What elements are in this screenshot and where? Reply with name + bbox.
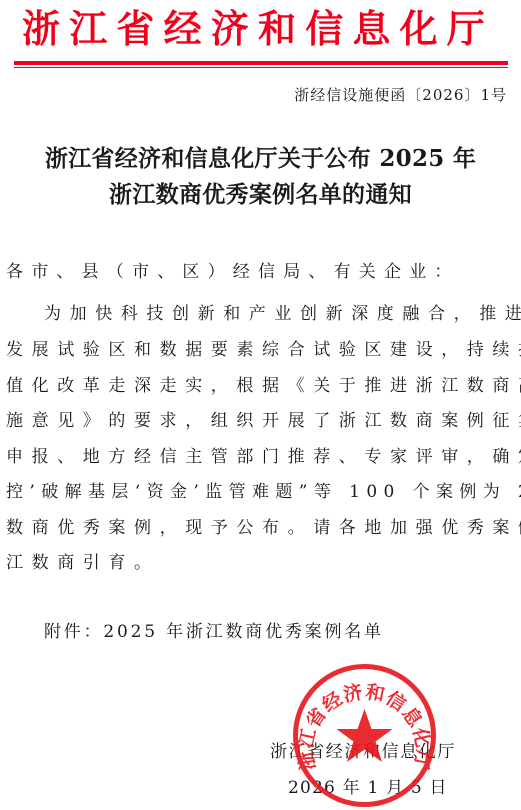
body-line: 数商优秀案例，现予公布。请各地加强优秀案例宣传推广和浙 [6, 516, 521, 540]
star-icon [337, 709, 393, 762]
salutation: 各市、县（市、区）经信局、有关企业： [6, 260, 460, 284]
body-line: 申报、地方经信主管部门推荐、专家评审，确定“‘浙里基财智 [6, 445, 521, 469]
document-title-line-2: 浙江数商优秀案例名单的通知 [0, 180, 521, 210]
body-line: 值化改革走深走实，根据《关于推进浙江数商高质量发展的实 [6, 374, 521, 398]
masthead-red-rule [14, 61, 508, 65]
body-line: 施意见》的要求，组织开展了浙江数商案例征集，经企业自主 [6, 409, 521, 433]
official-seal: 浙江省经济和信息化厅 [292, 663, 437, 808]
masthead-thin-rule [14, 67, 508, 68]
document-title-line-1: 浙江省经济和信息化厅关于公布 2025 年 [0, 144, 521, 174]
body-line: 江数商引育。 [6, 551, 160, 575]
body-line: 为加快科技创新和产业创新深度融合，推进数字经济创新 [44, 302, 521, 326]
body-line: 控’破解基层‘资金’监管难题”等 100 个案例为 2025 年浙江 [6, 480, 521, 504]
agency-masthead: 浙江省经济和信息化厅 [22, 6, 494, 52]
attachment-line: 附件：2025 年浙江数商优秀案例名单 [44, 620, 384, 644]
body-line: 发展试验区和数据要素综合试验区建设，持续推进产业数据价 [6, 338, 521, 362]
document-number: 浙经信设施便函〔2026〕1号 [294, 84, 507, 106]
